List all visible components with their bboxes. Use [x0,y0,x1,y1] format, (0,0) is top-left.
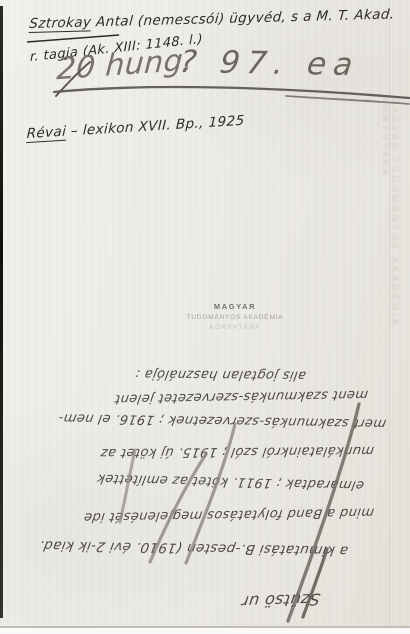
scan-bottom-edge [0,626,410,628]
note-line: mert szakmunkás-szervezetnek ; 1916. el … [57,410,387,431]
note-line: mind a Band folytatásos megjelenését ide [83,504,375,524]
stamp-line-3: KÖNYVTÁRA [172,323,298,333]
note-line: munkálatainkról szól ; 1915. új kötet az [99,443,375,460]
note-signature: Szütsö ur [240,590,321,612]
note-line: ment szakmunkás-szervezetet jelent [114,387,369,406]
note-line: elmaradtak ; 1911. kötet az említettek [96,471,366,493]
library-stamp: MAGYAR TUDOMÁNYOS AKADÉMIA KÖNYVTÁRA [172,301,298,333]
note-line: a kimutatási B.-pesten (1910. évi 2-ik k… [38,537,350,558]
inverted-pencil-note: Szütsö ur a kimutatási B.-pesten (1910. … [10,352,400,620]
note-line: alis jogtalan használója : [134,366,308,382]
ghost-bleedthrough-text: MAGYAR TUDOMÁNYOS AKADÉMIA KÖNYVTÁRA [380,96,400,366]
stamp-line-2: TUDOMÁNYOS AKADÉMIA [172,313,298,323]
source-name-underlined: Révai [26,124,66,144]
stamp-line-1: MAGYAR [172,301,298,313]
author-name-underlined: Sztrokay [29,14,92,33]
scan-left-edge [0,6,3,618]
scanned-card: Sztrokay Antal (nemescsói) ügyvéd, s a M… [0,0,410,634]
shelf-number: ? 97. ea [178,44,362,83]
